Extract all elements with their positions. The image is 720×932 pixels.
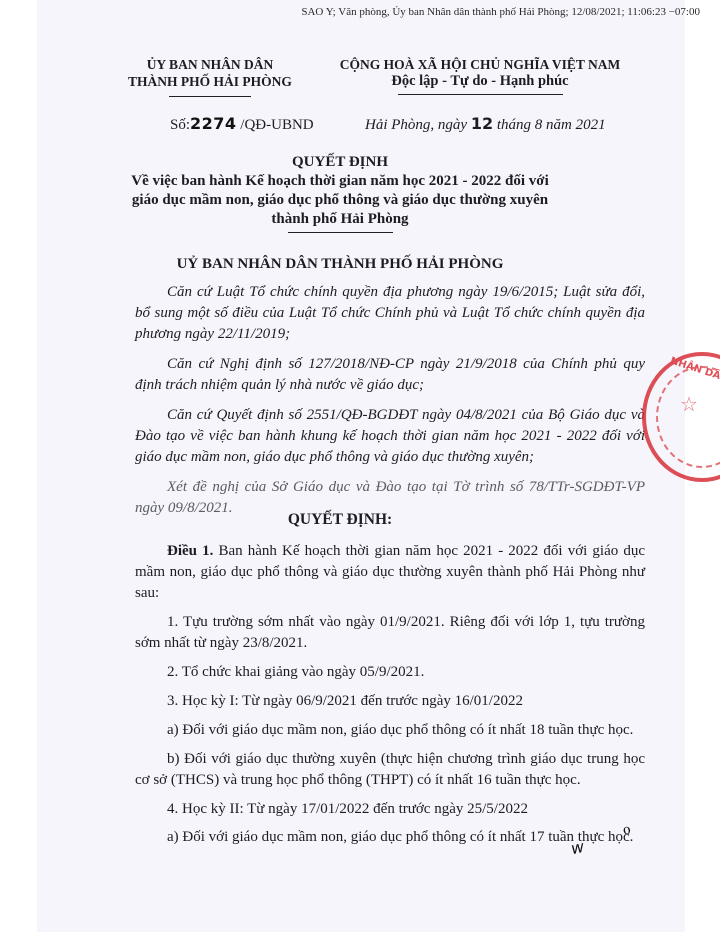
- article-1-label: Điều 1.: [167, 543, 213, 559]
- place-date-suffix: tháng 8 năm 2021: [493, 117, 606, 133]
- title-rule: [288, 232, 393, 233]
- issuing-authority-header: ỦY BAN NHÂN DÂN THÀNH PHỐ HẢI PHÒNG: [120, 56, 300, 97]
- title-subject-line-1: Về việc ban hành Kế hoạch thời gian năm …: [100, 172, 580, 191]
- article-1-item-2: 2. Tổ chức khai giảng vào ngày 05/9/2021…: [135, 662, 645, 683]
- authority-line-1: ỦY BAN NHÂN DÂN: [120, 56, 300, 73]
- seal-text: NHÂN DÂN THÀN: [669, 356, 720, 396]
- article-1-item-4: 4. Học kỳ II: Từ ngày 17/01/2022 đến trư…: [135, 799, 645, 820]
- article-1-item-3b: b) Đối với giáo dục thường xuyên (thực h…: [135, 749, 645, 791]
- authority-line-2: THÀNH PHỐ HẢI PHÒNG: [120, 73, 300, 90]
- title-heading: QUYẾT ĐỊNH: [100, 153, 580, 172]
- header-left-rule: [169, 96, 251, 97]
- document-number: Số:2274 /QĐ-UBND: [170, 114, 314, 134]
- place-and-date: Hải Phòng, ngày 12 tháng 8 năm 2021: [365, 114, 606, 134]
- decision-heading: QUYẾT ĐỊNH:: [100, 511, 580, 529]
- article-1-item-1: 1. Tựu trường sớm nhất vào ngày 01/9/202…: [135, 612, 645, 654]
- date-day-handwritten: 12: [471, 114, 493, 133]
- legal-basis-1: Căn cứ Luật Tổ chức chính quyền địa phươ…: [135, 282, 645, 345]
- doc-number-handwritten: 2274: [190, 114, 237, 133]
- national-header: CỘNG HOÀ XÃ HỘI CHỦ NGHĨA VIỆT NAM Độc l…: [330, 56, 630, 95]
- title-subject-line-3: thành phố Hải Phòng: [100, 210, 580, 229]
- article-1: Điều 1. Ban hành Kế hoạch thời gian năm …: [135, 541, 645, 604]
- title-subject-line-2: giáo dục mầm non, giáo dục phổ thông và …: [100, 191, 580, 210]
- seal-star-icon: ☆: [680, 392, 698, 417]
- article-1-item-3: 3. Học kỳ I: Từ ngày 06/9/2021 đến trước…: [135, 691, 645, 712]
- national-motto: Độc lập - Tự do - Hạnh phúc: [330, 73, 630, 90]
- legal-basis-3: Căn cứ Quyết định số 2551/QĐ-BGDĐT ngày …: [135, 405, 645, 468]
- place-date-prefix: Hải Phòng, ngày: [365, 117, 471, 133]
- header-right-rule: [398, 94, 563, 95]
- digital-signature-stamp: SAO Y; Văn phòng, Ủy ban Nhân dân thành …: [301, 6, 700, 18]
- legal-basis-2: Căn cứ Nghị định số 127/2018/NĐ-CP ngày …: [135, 354, 645, 396]
- article-1-item-4a: a) Đối với giáo dục mầm non, giáo dục ph…: [135, 827, 645, 848]
- national-title: CỘNG HOÀ XÃ HỘI CHỦ NGHĨA VIỆT NAM: [330, 56, 630, 73]
- document-title: QUYẾT ĐỊNH Về việc ban hành Kế hoạch thờ…: [100, 153, 580, 233]
- decision-authority: UỶ BAN NHÂN DÂN THÀNH PHỐ HẢI PHÒNG: [100, 256, 580, 273]
- article-1-item-3a: a) Đối với giáo dục mầm non, giáo dục ph…: [135, 720, 645, 741]
- doc-number-suffix: /QĐ-UBND: [237, 117, 314, 133]
- doc-number-prefix: Số:: [170, 117, 190, 133]
